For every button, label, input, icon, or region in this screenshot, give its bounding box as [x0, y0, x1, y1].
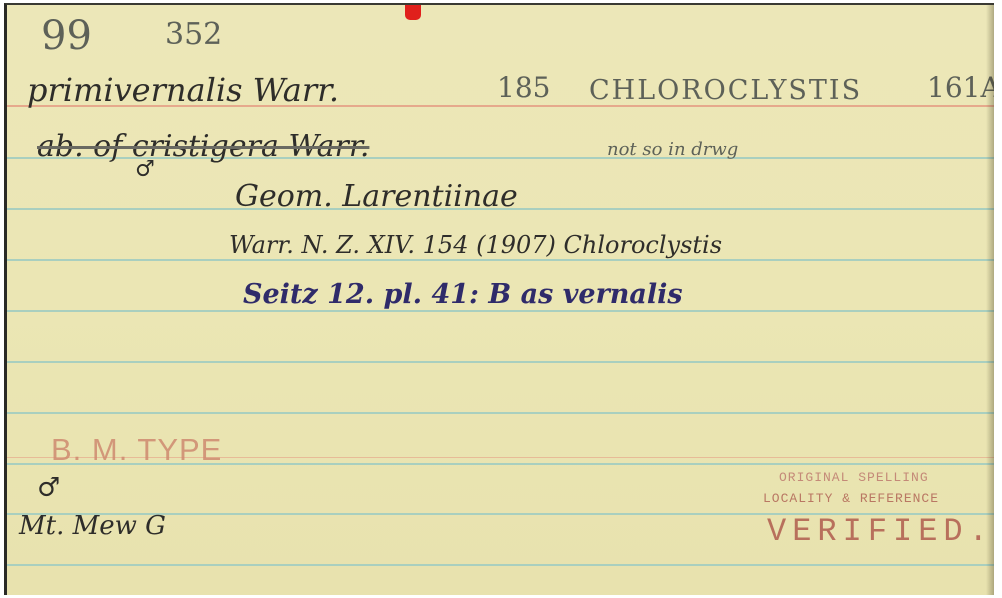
blue-rule-line [7, 361, 994, 363]
card-number-left: 99 [41, 13, 92, 59]
verified-stamp: VERIFIED. [767, 513, 994, 550]
synonym-note: ab. of cristigera Warr. [37, 129, 369, 164]
blue-rule-line [7, 310, 994, 312]
blue-rule-line [7, 259, 994, 261]
pencil-annotation: not so in drwg [607, 139, 738, 160]
blue-rule-line [7, 564, 994, 566]
page-reference: 185 [497, 71, 550, 104]
blue-rule-line [7, 412, 994, 414]
citation-warren: Warr. N. Z. XIV. 154 (1907) Chloroclysti… [229, 231, 722, 259]
type-locality: Mt. Mew G [19, 511, 166, 541]
bm-type-stamp: B. M. TYPE [51, 432, 222, 468]
genus-code: 161A [927, 71, 994, 104]
species-name: primivernalis Warr. [27, 71, 339, 109]
original-spelling-stamp: ORIGINAL SPELLING [779, 470, 929, 485]
index-card: 99 352 primivernalis Warr. 185 CHLOROCLY… [4, 3, 994, 595]
locality-reference-stamp: LOCALITY & REFERENCE [763, 491, 939, 506]
red-tab-marker [405, 5, 421, 20]
family-subfamily: Geom. Larentiinae [235, 179, 518, 214]
sex-symbol: ♂ [37, 473, 60, 503]
genus-name: CHLOROCLYSTIS [589, 75, 862, 106]
card-number-right: 352 [165, 17, 222, 52]
citation-seitz: Seitz 12. pl. 41: B as vernalis [243, 279, 683, 310]
male-symbol: ♂ [135, 157, 155, 182]
card-edge-shadow [986, 5, 994, 595]
